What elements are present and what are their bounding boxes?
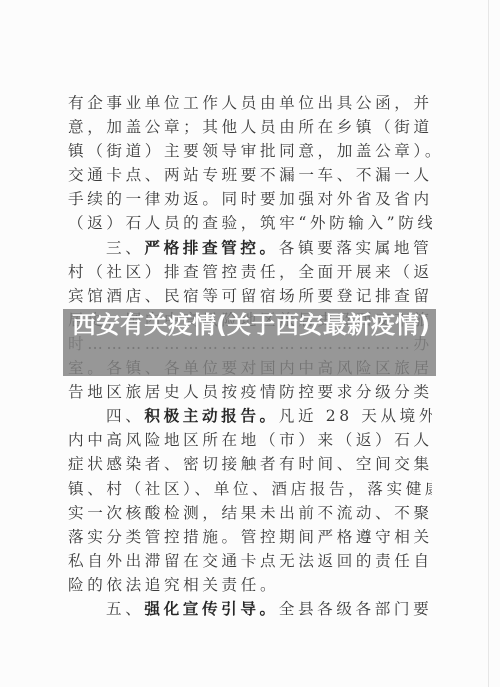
text-line: 险的依法追究相关责任。: [68, 573, 432, 597]
section-title: 严格排查管控。: [144, 238, 278, 257]
text-line: 内中高风险地区所在地（市）来（返）石人员，与确诊病例、无: [68, 428, 432, 452]
text-line: 告地区旅居史人员按疫情防控要求分级分类落实管控措施。: [68, 380, 432, 404]
section-text: 凡近 28 天从境外、近 14 天从西安及国: [279, 407, 432, 425]
text-line: 意，加盖公章；其他人员由所在乡镇（街道）出具公函，并由乡: [68, 115, 432, 139]
section-heading-line: 四、积极主动报告。凡近 28 天从境外、近 14 天从西安及国: [68, 404, 432, 428]
text-line: 镇（街道）主要领导审批同意，加盖公章）。各镇、各单位、各: [68, 139, 432, 163]
section-title: 积极主动报告。: [144, 406, 278, 425]
section-heading-line: 五、强化宣传引导。全县各级各部门要加强居民健康教育宣: [68, 597, 432, 621]
section-text: 各镇要落实属地管理责任，进一步夯实: [279, 239, 432, 257]
text-line: 村（社区）排查管控责任，全面开展来（返）石人员大排查。各: [68, 260, 432, 284]
section-heading-line: 三、严格排查管控。各镇要落实属地管理责任，进一步夯实: [68, 236, 432, 260]
text-line: 交通卡点、两站专班要不漏一车、不漏一人，严格查验，无审批: [68, 163, 432, 187]
section-number: 三、: [106, 239, 144, 257]
text-line: 宾馆酒店、民宿等可留宿场所要登记排查留宿人员，对有外省旅: [68, 284, 432, 308]
section-text: 全县各级各部门要加强居民健康教育宣: [279, 600, 432, 618]
text-line: 有企事业单位工作人员由单位出具公函，并由主要领导审批同: [68, 91, 432, 115]
section-number: 五、: [106, 600, 144, 618]
article-title: 西安有关疫情(关于西安最新疫情): [67, 311, 435, 339]
page-edge-divider: [488, 0, 489, 687]
text-line: 私自外出滞留在交通卡点无法返回的责任自负，造成疫情传播风: [68, 549, 432, 573]
section-title: 强化宣传引导。: [144, 599, 278, 618]
section-number: 四、: [106, 407, 144, 425]
text-line: 手续的一律劝返。同时要加强对外省及省内有病例报告地市来: [68, 187, 432, 211]
text-line: （返）石人员的查验，筑牢“外防输入”防线。: [68, 211, 432, 235]
document-page: 有企事业单位工作人员由单位出具公函，并由主要领导审批同 意，加盖公章；其他人员由…: [0, 0, 500, 687]
text-line: 落实分类管控措施。管控期间严格遵守相关规定，对不配合管控，: [68, 525, 432, 549]
text-line: 实一次核酸检测，结果未出前不流动、不聚集，配合属地镇、村: [68, 501, 432, 525]
text-line: 症状感染者、密切接触者有时间、空间交集的人员要主动向属地: [68, 452, 432, 476]
text-line: 镇、村（社区）、单位、酒店报告，落实健康管理，第一时间落: [68, 477, 432, 501]
